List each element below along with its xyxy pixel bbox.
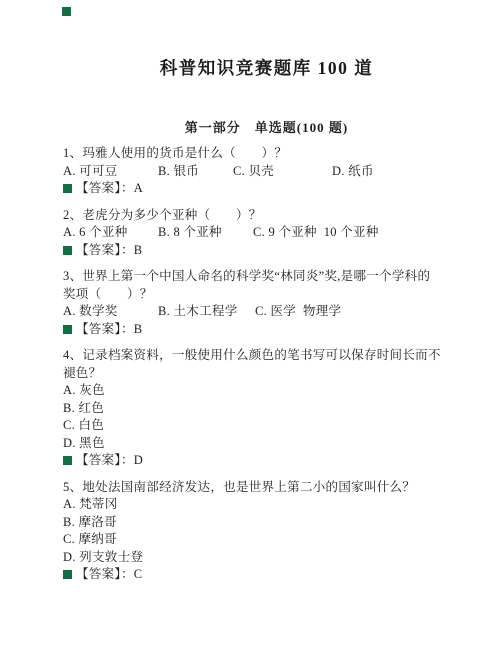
option-item: A. 6 个亚种 bbox=[63, 224, 158, 242]
answer-label: 【答案】： bbox=[76, 321, 134, 339]
answer-label: 【答案】： bbox=[76, 180, 134, 198]
option-item: B. 8 个亚种 bbox=[158, 224, 253, 242]
page-title: 科普知识竞赛题库 100 道 bbox=[63, 55, 470, 80]
answer-value: B bbox=[134, 242, 143, 260]
option-item: B. 摩洛哥 bbox=[63, 514, 443, 532]
green-square-icon bbox=[63, 456, 72, 465]
option-item: C. 9 个亚种 10 个亚种 bbox=[253, 224, 379, 242]
answer-line: 【答案】：C bbox=[63, 566, 443, 584]
answer-line: 【答案】：A bbox=[63, 180, 443, 198]
answer-value: B bbox=[134, 321, 143, 339]
answer-label: 【答案】： bbox=[76, 566, 134, 584]
option-item: D. 黑色 bbox=[63, 435, 443, 453]
answer-line: 【答案】：B bbox=[63, 321, 443, 339]
green-square-icon bbox=[63, 325, 72, 334]
question-text: 1、玛雅人使用的货币是什么（ ）？ bbox=[63, 145, 443, 163]
option-item: B. 土木工程学 bbox=[158, 303, 255, 321]
option-item: B. 红色 bbox=[63, 400, 443, 418]
document-page: 科普知识竞赛题库 100 道 第一部分 单选题(100 题) 1、玛雅人使用的货… bbox=[0, 0, 500, 647]
answer-value: A bbox=[134, 180, 143, 198]
question-block: 5、地处法国南部经济发达，也是世界上第二小的国家叫什么？ A. 梵蒂冈 B. 摩… bbox=[63, 479, 443, 584]
options-row: A. 数学奖B. 土木工程学C. 医学 物理学 bbox=[63, 303, 443, 321]
option-item: D. 纸币 bbox=[332, 163, 374, 181]
option-item: C. 白色 bbox=[63, 417, 443, 435]
option-item: C. 贝壳 bbox=[233, 163, 332, 181]
option-item: C. 摩纳哥 bbox=[63, 531, 443, 549]
option-item: B. 银币 bbox=[158, 163, 233, 181]
answer-line: 【答案】：B bbox=[63, 242, 443, 260]
option-item: A. 可可豆 bbox=[63, 163, 158, 181]
option-item: A. 梵蒂冈 bbox=[63, 496, 443, 514]
question-text: 4、记录档案资料，一般使用什么颜色的笔书写可以保存时间长而不褪色？ bbox=[63, 347, 443, 382]
answer-label: 【答案】： bbox=[76, 242, 134, 260]
question-block: 1、玛雅人使用的货币是什么（ ）？ A. 可可豆B. 银币C. 贝壳D. 纸币 … bbox=[63, 145, 443, 198]
question-block: 4、记录档案资料，一般使用什么颜色的笔书写可以保存时间长而不褪色？ A. 灰色 … bbox=[63, 347, 443, 470]
green-square-icon bbox=[63, 184, 72, 193]
questions-list: 1、玛雅人使用的货币是什么（ ）？ A. 可可豆B. 银币C. 贝壳D. 纸币 … bbox=[63, 145, 443, 584]
answer-label: 【答案】： bbox=[76, 452, 134, 470]
option-item: D. 列支敦士登 bbox=[63, 549, 443, 567]
option-item: C. 医学 物理学 bbox=[255, 303, 341, 321]
question-text: 2、老虎分为多少个亚种（ ）？ bbox=[63, 207, 443, 225]
option-item: A. 数学奖 bbox=[63, 303, 158, 321]
question-text: 5、地处法国南部经济发达，也是世界上第二小的国家叫什么？ bbox=[63, 479, 443, 497]
question-block: 2、老虎分为多少个亚种（ ）？ A. 6 个亚种B. 8 个亚种C. 9 个亚种… bbox=[63, 207, 443, 260]
answer-value: D bbox=[134, 452, 143, 470]
question-text: 3、世界上第一个中国人命名的科学奖“林同炎”奖,是哪一个学科的奖项（ ）？ bbox=[63, 268, 443, 303]
section-heading: 第一部分 单选题(100 题) bbox=[63, 117, 470, 136]
option-item: A. 灰色 bbox=[63, 382, 443, 400]
green-square-icon bbox=[62, 7, 71, 16]
answer-value: C bbox=[134, 566, 143, 584]
green-square-icon bbox=[63, 246, 72, 255]
question-block: 3、世界上第一个中国人命名的科学奖“林同炎”奖,是哪一个学科的奖项（ ）？ A.… bbox=[63, 268, 443, 338]
options-row: A. 可可豆B. 银币C. 贝壳D. 纸币 bbox=[63, 163, 443, 181]
options-row: A. 6 个亚种B. 8 个亚种C. 9 个亚种 10 个亚种 bbox=[63, 224, 443, 242]
green-square-icon bbox=[63, 570, 72, 579]
answer-line: 【答案】：D bbox=[63, 452, 443, 470]
